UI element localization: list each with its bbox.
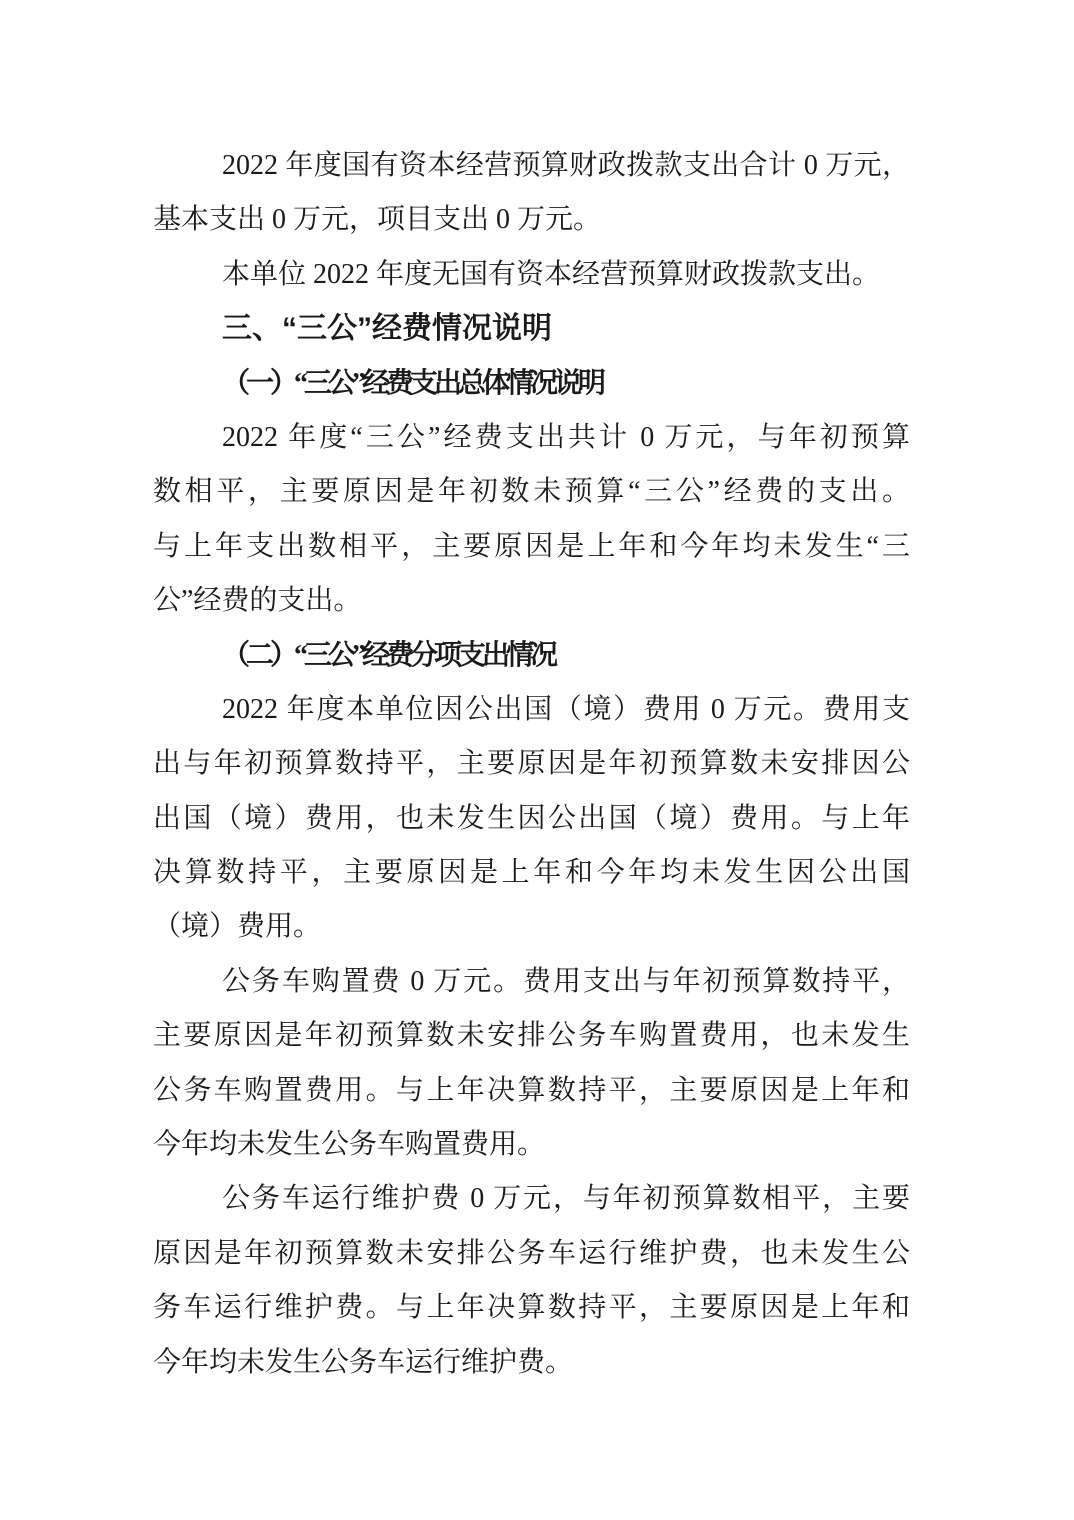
doc-line: 出国（境）费用，也未发生因公出国（境）费用。与上年 (153, 792, 910, 846)
document-page: 2022 年度国有资本经营预算财政拨款支出合计 0 万元， 基本支出 0 万元，… (0, 0, 1074, 1520)
doc-line: 2022 年度“三公”经费支出共计 0 万元，与年初预算 (153, 411, 910, 465)
doc-line: 2022 年度国有资本经营预算财政拨款支出合计 0 万元， (153, 139, 910, 193)
doc-line: 决算数持平，主要原因是上年和今年均未发生因公出国 (153, 846, 910, 900)
doc-line: 与上年支出数相平，主要原因是上年和今年均未发生“三 (153, 520, 910, 574)
doc-line: 公务车购置费用。与上年决算数持平，主要原因是上年和 (153, 1064, 910, 1118)
doc-line: 主要原因是年初预算数未安排公务车购置费用，也未发生 (153, 1009, 910, 1063)
doc-line: 数相平，主要原因是年初数未预算“三公”经费的支出。 (153, 465, 910, 519)
doc-line: 今年均未发生公务车运行维护费。 (153, 1336, 910, 1390)
doc-line: 公务车运行维护费 0 万元，与年初预算数相平，主要 (153, 1172, 910, 1226)
doc-line: 务车运行维护费。与上年决算数持平，主要原因是上年和 (153, 1281, 910, 1335)
doc-line: 本单位 2022 年度无国有资本经营预算财政拨款支出。 (153, 248, 910, 302)
doc-line: 基本支出 0 万元，项目支出 0 万元。 (153, 193, 910, 247)
document-text-block: 2022 年度国有资本经营预算财政拨款支出合计 0 万元， 基本支出 0 万元，… (153, 139, 910, 1390)
subsection-heading-two: （二）“三公”经费分项支出情况 (153, 629, 910, 683)
doc-line: 出与年初预算数持平，主要原因是年初预算数未安排因公 (153, 737, 910, 791)
doc-line: 原因是年初预算数未安排公务车运行维护费，也未发生公 (153, 1227, 910, 1281)
doc-line: （境）费用。 (153, 900, 910, 954)
doc-line: 今年均未发生公务车购置费用。 (153, 1118, 910, 1172)
doc-line: 公务车购置费 0 万元。费用支出与年初预算数持平， (153, 955, 910, 1009)
section-heading-three: 三、“三公”经费情况说明 (153, 302, 910, 356)
doc-line: 公”经费的支出。 (153, 574, 910, 628)
subsection-heading-one: （一）“三公”经费支出总体情况说明 (153, 357, 910, 411)
doc-line: 2022 年度本单位因公出国（境）费用 0 万元。费用支 (153, 683, 910, 737)
